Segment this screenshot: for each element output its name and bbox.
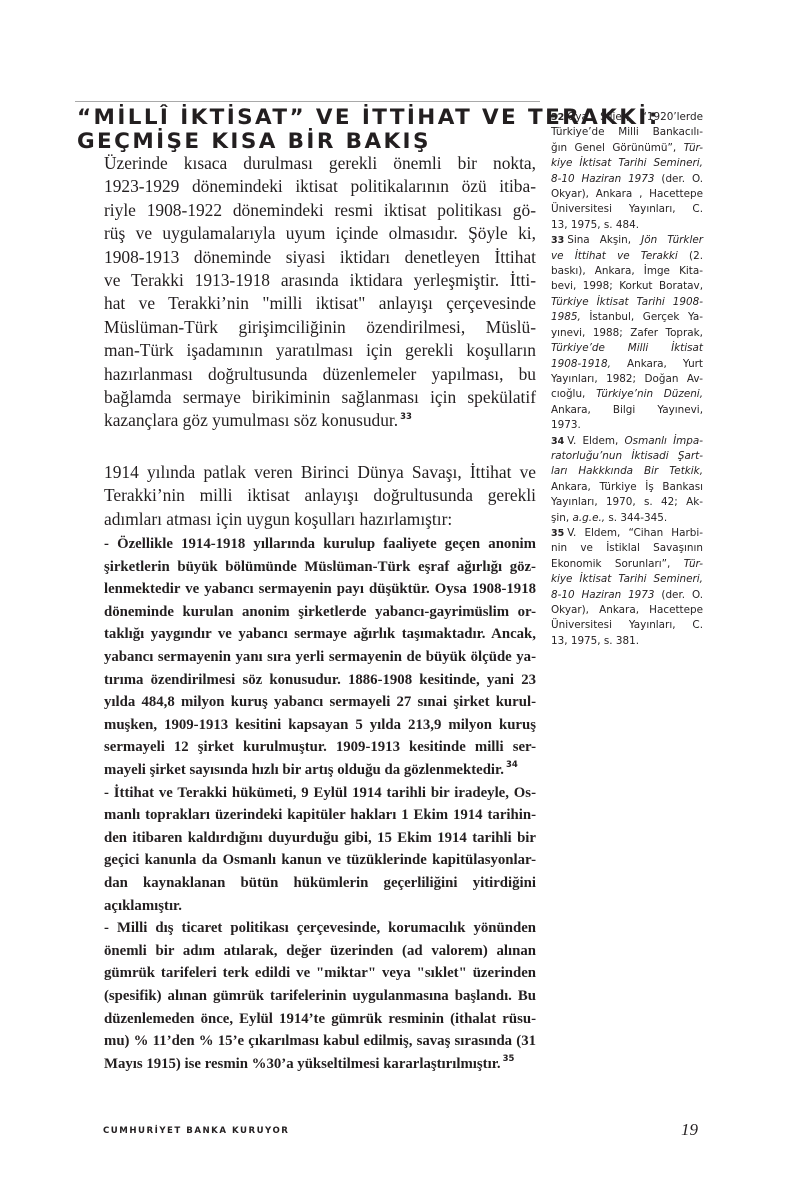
text-line: döneminde kurulan anonim şirketlerde yab… xyxy=(104,601,536,624)
footnote-title: ratorluğu’nun İktisadi Şart- xyxy=(551,450,703,462)
text-line: hat ve Terakki’nin "milli iktisat" anlay… xyxy=(104,292,536,315)
text-line: tırıma özendirilmesi söz konusudur. 1886… xyxy=(104,669,536,692)
footnote-line: cıoğlu, Türkiye’nin Düzeni, xyxy=(551,387,703,402)
footnote-line: Yayınları, 1970, s. 42; Ak- xyxy=(551,495,703,510)
text-line: mu) % 11’den % 15’e çıkarılması kabul ed… xyxy=(104,1030,536,1053)
text-line: bağlamda sermaye birikiminin sağlanması … xyxy=(104,386,536,409)
footnote-text: 13, 1975, s. 381. xyxy=(551,635,639,647)
footnote-line: 34V. Eldem, Osmanlı İmpa- xyxy=(551,434,703,449)
footnote-text: Ankara, Yurt xyxy=(611,358,703,370)
footnote-text: Üniversitesi Yayınları, C. xyxy=(551,203,703,215)
footnote-line: Ekonomik Sorunları”, Tür- xyxy=(551,557,703,572)
footnote-33: 33Sina Akşin, Jön Türklerve İttihat ve T… xyxy=(551,233,703,433)
main-text-column: Üzerinde kısaca durulması gerekli önemli… xyxy=(104,152,536,1075)
footnote-line: 8-10 Haziran 1973 (der. O. xyxy=(551,588,703,603)
footnote-line: ğın Genel Görünümü”, Tür- xyxy=(551,141,703,156)
section-heading-line-2: GEÇMİŞE KISA BİR BAKIŞ xyxy=(77,130,557,154)
footnote-text: yınevi, 1988; Zafer Toprak, xyxy=(551,327,703,339)
footnote-line: 1985, İstanbul, Gerçek Ya- xyxy=(551,310,703,325)
text-line: man-Türk işadamının yaratılması için ger… xyxy=(104,339,536,362)
footnote-line: Okyar), Ankara, Hacettepe xyxy=(551,603,703,618)
footnote-line: 32Oya Silier, “1920’lerde xyxy=(551,110,703,125)
footnote-ref-33[interactable]: 33 xyxy=(400,412,412,422)
footnote-title: 1908-1918, xyxy=(551,358,611,370)
text-line: gümrük tarifeleri terk edildi ve "miktar… xyxy=(104,962,536,985)
footnote-title: Tür- xyxy=(684,142,703,154)
footnote-text: nin ve İstiklal Savaşının xyxy=(551,542,703,554)
footnote-text: Yayınları, 1970, s. 42; Ak- xyxy=(551,496,703,508)
paragraph-world-war: 1914 yılında patlak veren Birinci Dünya … xyxy=(104,461,536,531)
footnote-line: Yayınları, 1982; Doğan Av- xyxy=(551,372,703,387)
footnote-text: Yayınları, 1982; Doğan Av- xyxy=(551,373,703,385)
footnote-34: 34V. Eldem, Osmanlı İmpa-ratorluğu’nun İ… xyxy=(551,434,703,526)
text-line: - İttihat ve Terakki hükümeti, 9 Eylül 1… xyxy=(104,782,536,805)
footnote-text: (der. O. xyxy=(655,589,703,601)
footnote-text: cıoğlu, xyxy=(551,388,596,400)
bullet-anonymous-companies: - Özellikle 1914-1918 yıllarında kurulup… xyxy=(104,533,536,782)
section-heading: “MİLLÎ İKTİSAT” VE İTTİHAT VE TERAKKİ: G… xyxy=(77,106,557,154)
header-rule xyxy=(75,101,540,102)
footnote-number: 34 xyxy=(551,436,564,447)
footnote-title: Türkiye İktisat Tarihi 1908- xyxy=(551,296,703,308)
page-number: 19 xyxy=(681,1120,698,1140)
footnote-title: 8-10 Haziran 1973 xyxy=(551,589,655,601)
text-line: açıklamıştır. xyxy=(104,895,536,918)
footnote-line: Türkiye’de Milli Bankacılı- xyxy=(551,125,703,140)
text-line: muşken, 1909-1913 kesitini kapsayan 5 yı… xyxy=(104,714,536,737)
footnote-line: yınevi, 1988; Zafer Toprak, xyxy=(551,326,703,341)
footnote-line: şin, a.g.e., s. 344-345. xyxy=(551,511,703,526)
footnotes-column: 32Oya Silier, “1920’lerdeTürkiye’de Mill… xyxy=(551,110,703,649)
footnote-title: kiye İktisat Tarihi Semineri, xyxy=(551,573,703,585)
text-line: taklığı yaygındır ve yabancı sermaye ağı… xyxy=(104,623,536,646)
text-line: Üzerinde kısaca durulması gerekli önemli… xyxy=(104,152,536,175)
footnote-text: ğın Genel Görünümü”, xyxy=(551,142,684,154)
text-line: 1914 yılında patlak veren Birinci Dünya … xyxy=(104,461,536,484)
text-line: ve Terakki 1913-1918 arasında iktidara y… xyxy=(104,269,536,292)
footnote-line: Ankara, Türkiye İş Bankası xyxy=(551,480,703,495)
footnote-line: kiye İktisat Tarihi Semineri, xyxy=(551,156,703,171)
footnote-text: baskı), Ankara, İmge Kita- xyxy=(551,265,703,277)
footnote-line: 35V. Eldem, “Cihan Harbi- xyxy=(551,526,703,541)
footnote-text: Sina Akşin, xyxy=(567,234,641,246)
footnote-line: Türkiye’de Milli İktisat xyxy=(551,341,703,356)
text-line: kazançlara göz yumulması söz konusudur.3… xyxy=(104,409,536,432)
footnote-title: 8-10 Haziran 1973 xyxy=(551,173,655,185)
footnote-35: 35V. Eldem, “Cihan Harbi-nin ve İstiklal… xyxy=(551,526,703,649)
footnote-title: Jön Türkler xyxy=(641,234,703,246)
text-line: hazırlanması doğrultusunda düzenlemeler … xyxy=(104,363,536,386)
text-line: riyle 1908-1922 dönemindeki resmi iktisa… xyxy=(104,199,536,222)
footnote-line: ve İttihat ve Terakki (2. xyxy=(551,249,703,264)
footnote-line: 33Sina Akşin, Jön Türkler xyxy=(551,233,703,248)
footnote-line: ları Hakkkında Bir Tetkik, xyxy=(551,464,703,479)
text-line: manlı toprakları üzerindeki kapitüler ha… xyxy=(104,804,536,827)
footnote-text: V. Eldem, xyxy=(567,435,624,447)
footnote-text: Okyar), Ankara , Hacettepe xyxy=(551,188,703,200)
text-line: düzenlemeden önce, Eylül 1914’te gümrük … xyxy=(104,1008,536,1031)
text-line: şirketlerin büyük bölümünde Müslüman-Tür… xyxy=(104,556,536,579)
footnote-line: 1908-1918, Ankara, Yurt xyxy=(551,357,703,372)
footnote-line: 13, 1975, s. 381. xyxy=(551,634,703,649)
text-line: geçici kanunla da Osmanlı kanun ve tüzük… xyxy=(104,849,536,872)
footnote-text: Ankara, Türkiye İş Bankası xyxy=(551,481,703,493)
text-line: önemli bir adım atılarak, değer üzerinde… xyxy=(104,940,536,963)
footnote-line: bevi, 1998; Korkut Boratav, xyxy=(551,279,703,294)
footnote-title: Tür- xyxy=(684,558,703,570)
text-line: - Milli dış ticaret politikası çerçevesi… xyxy=(104,917,536,940)
footnote-32: 32Oya Silier, “1920’lerdeTürkiye’de Mill… xyxy=(551,110,703,233)
text-line: - Özellikle 1914-1918 yıllarında kurulup… xyxy=(104,533,536,556)
footnote-line: kiye İktisat Tarihi Semineri, xyxy=(551,572,703,587)
footnote-ref-35[interactable]: 35 xyxy=(503,1054,515,1064)
footnote-line: 1973. xyxy=(551,418,703,433)
text-line: yılda 484,8 milyon kuruş yabancı sermaye… xyxy=(104,691,536,714)
paragraph-intro: Üzerinde kısaca durulması gerekli önemli… xyxy=(104,152,536,433)
footnote-text: şin, xyxy=(551,512,573,524)
footnote-number: 35 xyxy=(551,528,564,539)
footnote-text: Okyar), Ankara, Hacettepe xyxy=(551,604,703,616)
text-line: Terakki’nin milli iktisat anlayışı doğru… xyxy=(104,484,536,507)
footnote-title: Osmanlı İmpa- xyxy=(624,435,703,447)
footnote-title: ları Hakkkında Bir Tetkik, xyxy=(551,465,703,477)
text-line: yabancı sermayenin yanı sıra yerli serma… xyxy=(104,646,536,669)
footnote-line: Okyar), Ankara , Hacettepe xyxy=(551,187,703,202)
footnote-text: bevi, 1998; Korkut Boratav, xyxy=(551,280,703,292)
footnote-line: Türkiye İktisat Tarihi 1908- xyxy=(551,295,703,310)
footnote-text: (2. xyxy=(678,250,703,262)
footnote-text: 13, 1975, s. 484. xyxy=(551,219,639,231)
footnote-text: Oya Silier, “1920’lerde xyxy=(567,111,703,123)
text-line: den itibaren kaldırdığını duyurduğu gibi… xyxy=(104,827,536,850)
text-line: lenmektedir ve yabancı sermayenin payı d… xyxy=(104,578,536,601)
text-line: Müslüman-Türk girişimciliğinin özendiril… xyxy=(104,316,536,339)
text-line: (spesifik) alınan gümrük tarifelerinin u… xyxy=(104,985,536,1008)
bullet-capitulations: - İttihat ve Terakki hükümeti, 9 Eylül 1… xyxy=(104,782,536,918)
footnote-title: Türkiye’nin Düzeni, xyxy=(596,388,703,400)
footnote-line: 13, 1975, s. 484. xyxy=(551,218,703,233)
footnote-text: Ankara, Bilgi Yayınevi, xyxy=(551,404,703,416)
footnote-line: baskı), Ankara, İmge Kita- xyxy=(551,264,703,279)
footnote-text: Üniversitesi Yayınları, C. xyxy=(551,619,703,631)
text-line: rüş ve uygulamalarıyla uyum içinde olmas… xyxy=(104,222,536,245)
footnote-title: kiye İktisat Tarihi Semineri, xyxy=(551,157,703,169)
footnote-line: 8-10 Haziran 1973 (der. O. xyxy=(551,172,703,187)
footnote-text: Ekonomik Sorunları”, xyxy=(551,558,684,570)
section-heading-line-1: “MİLLÎ İKTİSAT” VE İTTİHAT VE TERAKKİ: xyxy=(77,106,557,130)
text-line: mayeli şirket sayısında hızlı bir artış … xyxy=(104,759,536,782)
text-line: 1908-1913 döneminde siyasi iktidarı dene… xyxy=(104,246,536,269)
footnote-text: s. 344-345. xyxy=(605,512,667,524)
footnote-ref-34[interactable]: 34 xyxy=(506,760,518,770)
footnote-number: 32 xyxy=(551,112,564,123)
footnote-text: Türkiye’de Milli Bankacılı- xyxy=(551,126,703,138)
footnote-text: 1973. xyxy=(551,419,581,431)
footnote-line: ratorluğu’nun İktisadi Şart- xyxy=(551,449,703,464)
footnote-line: Üniversitesi Yayınları, C. xyxy=(551,618,703,633)
text-line: adımları atması için uygun koşulları haz… xyxy=(104,508,536,531)
running-title: CUMHURİYET BANKA KURUYOR xyxy=(103,1126,289,1136)
footnote-text: (der. O. xyxy=(655,173,703,185)
footnote-title: ve İttihat ve Terakki xyxy=(551,250,678,262)
footnote-text: İstanbul, Gerçek Ya- xyxy=(581,311,703,323)
footnote-line: Ankara, Bilgi Yayınevi, xyxy=(551,403,703,418)
footnote-title: 1985, xyxy=(551,311,581,323)
text-line: Mayıs 1915) ise resmin %30’a yükseltilme… xyxy=(104,1053,536,1076)
footnote-line: nin ve İstiklal Savaşının xyxy=(551,541,703,556)
footnote-line: Üniversitesi Yayınları, C. xyxy=(551,202,703,217)
text-line: 1923-1929 dönemindeki iktisat politikala… xyxy=(104,175,536,198)
bullet-foreign-trade: - Milli dış ticaret politikası çerçevesi… xyxy=(104,917,536,1075)
footnote-number: 33 xyxy=(551,235,564,246)
text-line: sermayeli 12 şirket kurulmuştur. 1909-19… xyxy=(104,736,536,759)
footnote-title: Türkiye’de Milli İktisat xyxy=(551,342,703,354)
text-line: dan kaynaklanan bütün hükümlerin geçerli… xyxy=(104,872,536,895)
footnote-title: a.g.e., xyxy=(573,512,606,524)
footnote-text: V. Eldem, “Cihan Harbi- xyxy=(567,527,703,539)
